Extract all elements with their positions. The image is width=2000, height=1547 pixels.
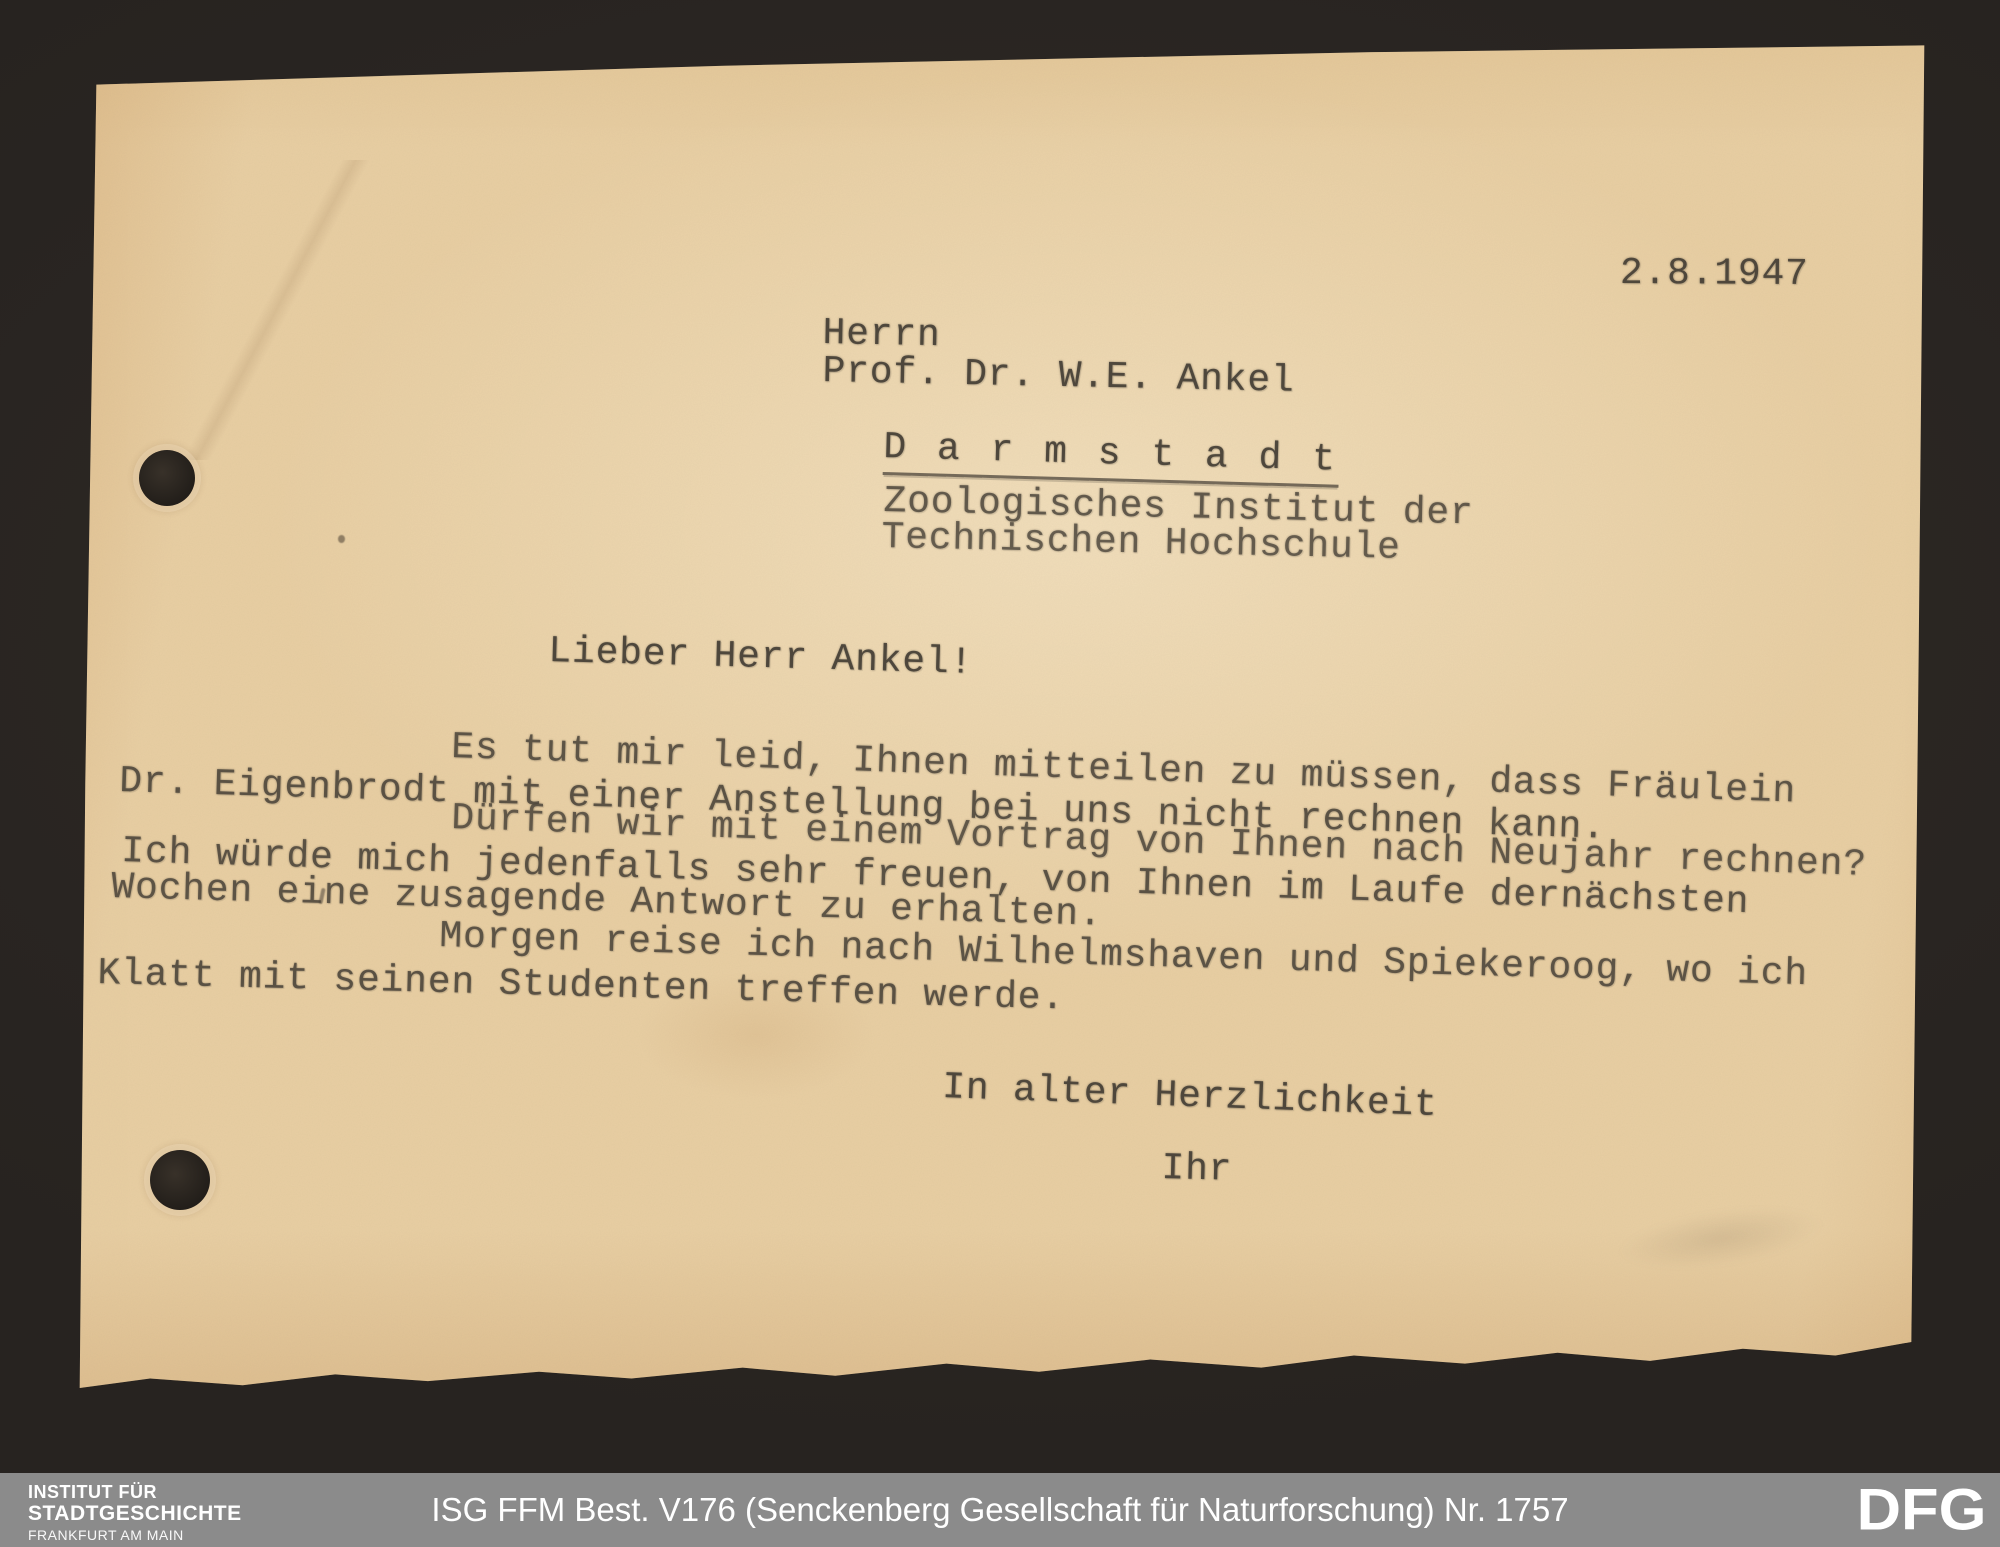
letter-salutation: Lieber Herr Ankel! (548, 630, 974, 685)
archive-footer-bar: INSTITUT FÜR STADTGESCHICHTE FRANKFURT A… (0, 1473, 2000, 1547)
closing-phrase: In alter Herzlichkeit (941, 1066, 1438, 1127)
institution-name-line3: FRANKFURT AM MAIN (28, 1528, 242, 1544)
closing-signature: Ihr (1161, 1147, 1233, 1192)
paper-crease (116, 160, 436, 460)
archive-institution-logo: INSTITUT FÜR STADTGESCHICHTE FRANKFURT A… (28, 1482, 242, 1543)
archive-reference-caption: ISG FFM Best. V176 (Senckenberg Gesellsc… (431, 1491, 1568, 1529)
ink-speck (338, 535, 345, 543)
letter-date: 2.8.1947 (1620, 252, 1809, 296)
scanned-letter-page: { "document": { "date": "2.8.1947", "rec… (0, 0, 2000, 1547)
recipient-city-underlined: D a r m s t a d t (883, 426, 1340, 488)
institution-name-line1: INSTITUT FÜR (28, 1482, 242, 1502)
punch-hole-bottom (150, 1150, 210, 1210)
punch-hole-top (139, 450, 195, 506)
recipient-name: Prof. Dr. W.E. Ankel (822, 350, 1295, 403)
letter-paper: 2.8.1947 Herrn Prof. Dr. W.E. Ankel D a … (76, 40, 1928, 1392)
pencil-smudge (1613, 1196, 1829, 1281)
dfg-logo: DFG (1856, 1477, 1986, 1544)
institution-name-line2: STADTGESCHICHTE (28, 1502, 242, 1526)
